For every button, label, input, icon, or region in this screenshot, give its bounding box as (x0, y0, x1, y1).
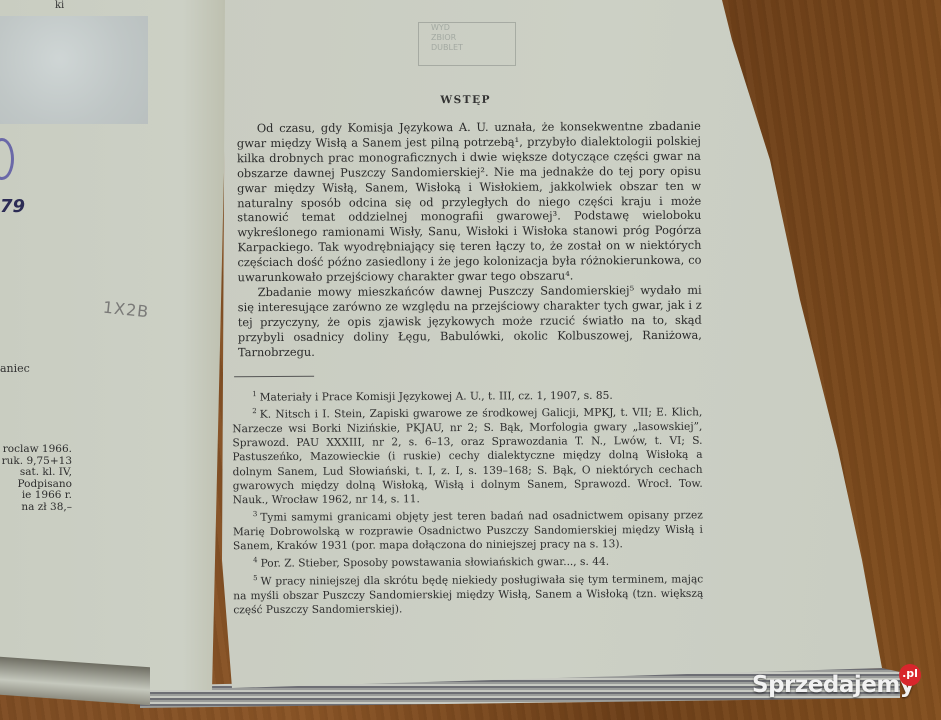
author-fragment: aniec (0, 362, 30, 375)
left-page: ki 79 1X2B aniec roclaw 1966. ruk. 9,75+… (0, 0, 228, 690)
footnote-number: 2 (252, 407, 257, 415)
footnote: 3Tymi samymi granicami objęty jest teren… (233, 505, 703, 554)
colophon-line: roclaw 1966. (0, 444, 72, 456)
watermark-badge: .pl (899, 664, 921, 686)
footnote-number: 4 (253, 556, 258, 564)
left-page-top-fragment: ki (55, 0, 64, 11)
footnote-text: Por. Z. Stieber, Sposoby powstawania sło… (261, 556, 610, 570)
footnote-text: Materiały i Prace Komisji Językowej A. U… (260, 389, 613, 403)
footnote-number: 5 (253, 574, 258, 582)
body-paragraph: Zbadanie mowy mieszkańców dawnej Puszczy… (232, 283, 702, 360)
footnote-number: 1 (252, 390, 257, 398)
handwritten-number: 79 (0, 196, 25, 217)
page-text: WSTĘP Od czasu, gdy Komisja Językowa A. … (231, 93, 704, 618)
colophon: roclaw 1966. ruk. 9,75+13 sat. kl. IV, P… (0, 444, 72, 513)
body-paragraph: Od czasu, gdy Komisja Językowa A. U. uzn… (231, 119, 702, 285)
footnote-text: Tymi samymi granicami objęty jest teren … (233, 509, 703, 552)
colophon-line: sat. kl. IV, (0, 467, 72, 479)
pencil-note: 1X2B (102, 298, 150, 322)
footnote: 5W pracy niniejszej dla skrótu będę niek… (233, 569, 703, 618)
adhesive-tape (0, 16, 148, 124)
library-stamp: WYD ZBIOR DUBLET (418, 22, 516, 66)
stamp-circle-icon (0, 138, 14, 180)
footnote: 2K. Nitsch i I. Stein, Zapiski gwarowe z… (232, 402, 703, 507)
watermark-brand: Sprzedajemy (752, 672, 914, 698)
colophon-line: na zł 38,– (0, 502, 72, 514)
footnotes: 1Materiały i Prace Komisji Językowej A. … (232, 384, 703, 617)
stamp-line: DUBLET (419, 43, 515, 53)
footnote-divider (234, 375, 314, 376)
stamp-line: WYD (419, 23, 515, 33)
footnote-text: W pracy niniejszej dla skrótu będę nieki… (233, 573, 703, 616)
colophon-line: ie 1966 r. (0, 490, 72, 502)
chapter-heading: WSTĘP (231, 93, 701, 107)
stamp-line: ZBIOR (419, 33, 515, 43)
footnote-text: K. Nitsch i I. Stein, Zapiski gwarowe ze… (232, 407, 702, 507)
footnote-number: 3 (253, 510, 258, 518)
